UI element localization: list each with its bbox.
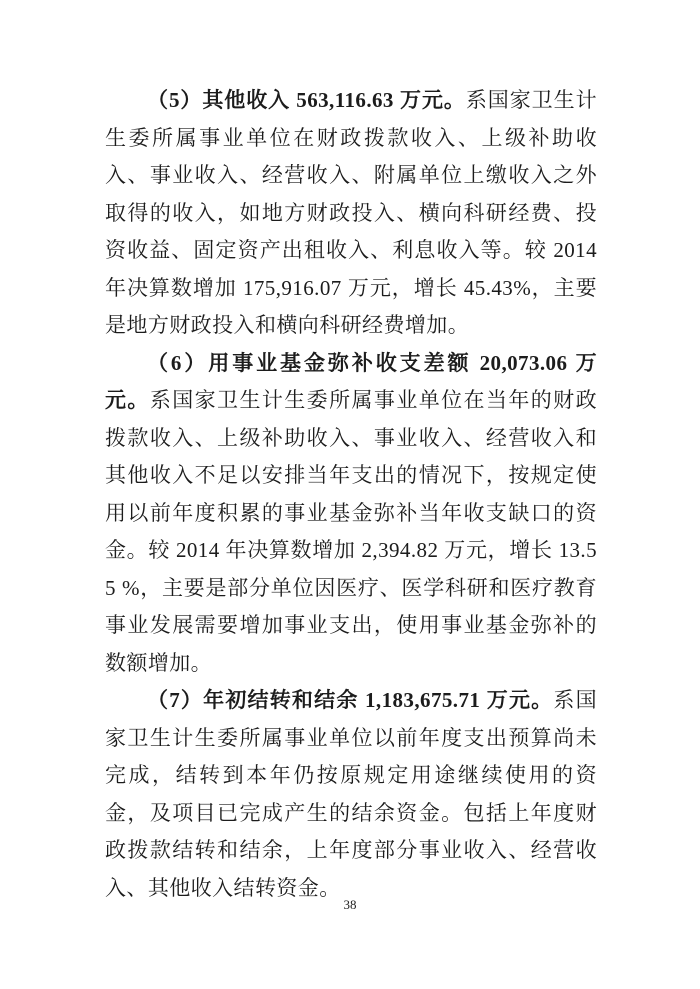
document-page: （5）其他收入 563,116.63 万元。系国家卫生计生委所属事业单位在财政拨…	[0, 0, 700, 989]
paragraph-item-6-body: 系国家卫生计生委所属事业单位在当年的财政拨款收入、上级补助收入、事业收入、经营收…	[105, 388, 597, 675]
paragraph-item-7-body: 系国家卫生计生委所属事业单位以前年度支出预算尚未完成，结转到本年仍按原规定用途继…	[105, 688, 597, 900]
paragraph-item-5-body: 系国家卫生计生委所属事业单位在财政拨款收入、上级补助收入、事业收入、经营收入、附…	[105, 88, 597, 337]
paragraph-item-7-heading: （7）年初结转和结余 1,183,675.71 万元。	[147, 688, 553, 712]
page-number: 38	[0, 897, 700, 913]
paragraph-item-5: （5）其他收入 563,116.63 万元。系国家卫生计生委所属事业单位在财政拨…	[105, 82, 597, 345]
paragraph-item-7: （7）年初结转和结余 1,183,675.71 万元。系国家卫生计生委所属事业单…	[105, 682, 597, 907]
paragraph-item-5-heading: （5）其他收入 563,116.63 万元。	[147, 88, 466, 112]
document-text-block: （5）其他收入 563,116.63 万元。系国家卫生计生委所属事业单位在财政拨…	[105, 82, 597, 907]
paragraph-item-6: （6）用事业基金弥补收支差额 20,073.06 万元。系国家卫生计生委所属事业…	[105, 345, 597, 683]
